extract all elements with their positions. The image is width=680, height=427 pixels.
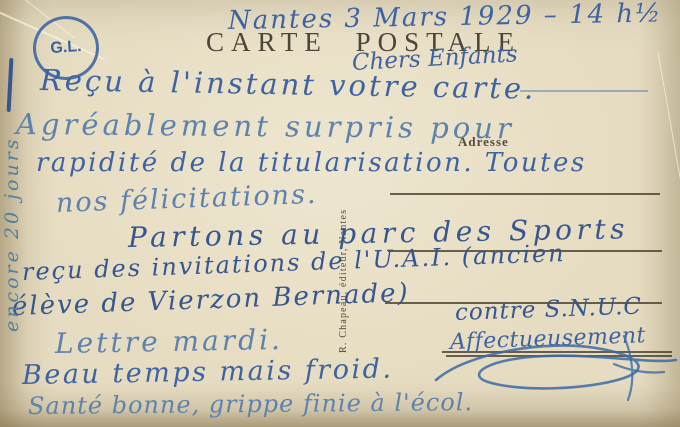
pen-mark [7, 58, 14, 112]
handwritten-line: Lettre mardi. [55, 326, 283, 358]
handwritten-dateline: Nantes 3 Mars 1929 – 14 h½ [228, 0, 663, 34]
handwritten-side-note: encore 20 jours [3, 136, 22, 332]
paper-crease [657, 51, 680, 189]
handwritten-line: rapidité de la titularisation. Toutes [36, 150, 587, 176]
handwritten-line: Agréablement surpris pour [16, 110, 515, 143]
postcard-back: G.L. CARTE POSTALE Adresse R. Chapeau, é… [0, 0, 680, 427]
handwritten-line: Santé bonne, grippe finie à l'écol. [28, 390, 473, 418]
address-rule-line [390, 193, 660, 195]
handwritten-line: élève de Vierzon Bernade) [12, 280, 411, 320]
handwritten-line: Reçu à l'instant votre carte. [40, 66, 537, 104]
handwritten-line: nos félicitations. [56, 181, 318, 217]
handwritten-line: contre S.N.U.C [455, 295, 643, 325]
handwritten-closing: Affectueusement [450, 325, 647, 354]
handwritten-line: Beau temps mais froid. [22, 356, 394, 389]
pen-stroke [520, 90, 648, 92]
handwritten-line: reçu des invitations de l'U.A.I. (ancien [22, 241, 566, 284]
gl-stamp-monogram: G.L. [50, 38, 82, 58]
closing-underline [446, 355, 672, 357]
